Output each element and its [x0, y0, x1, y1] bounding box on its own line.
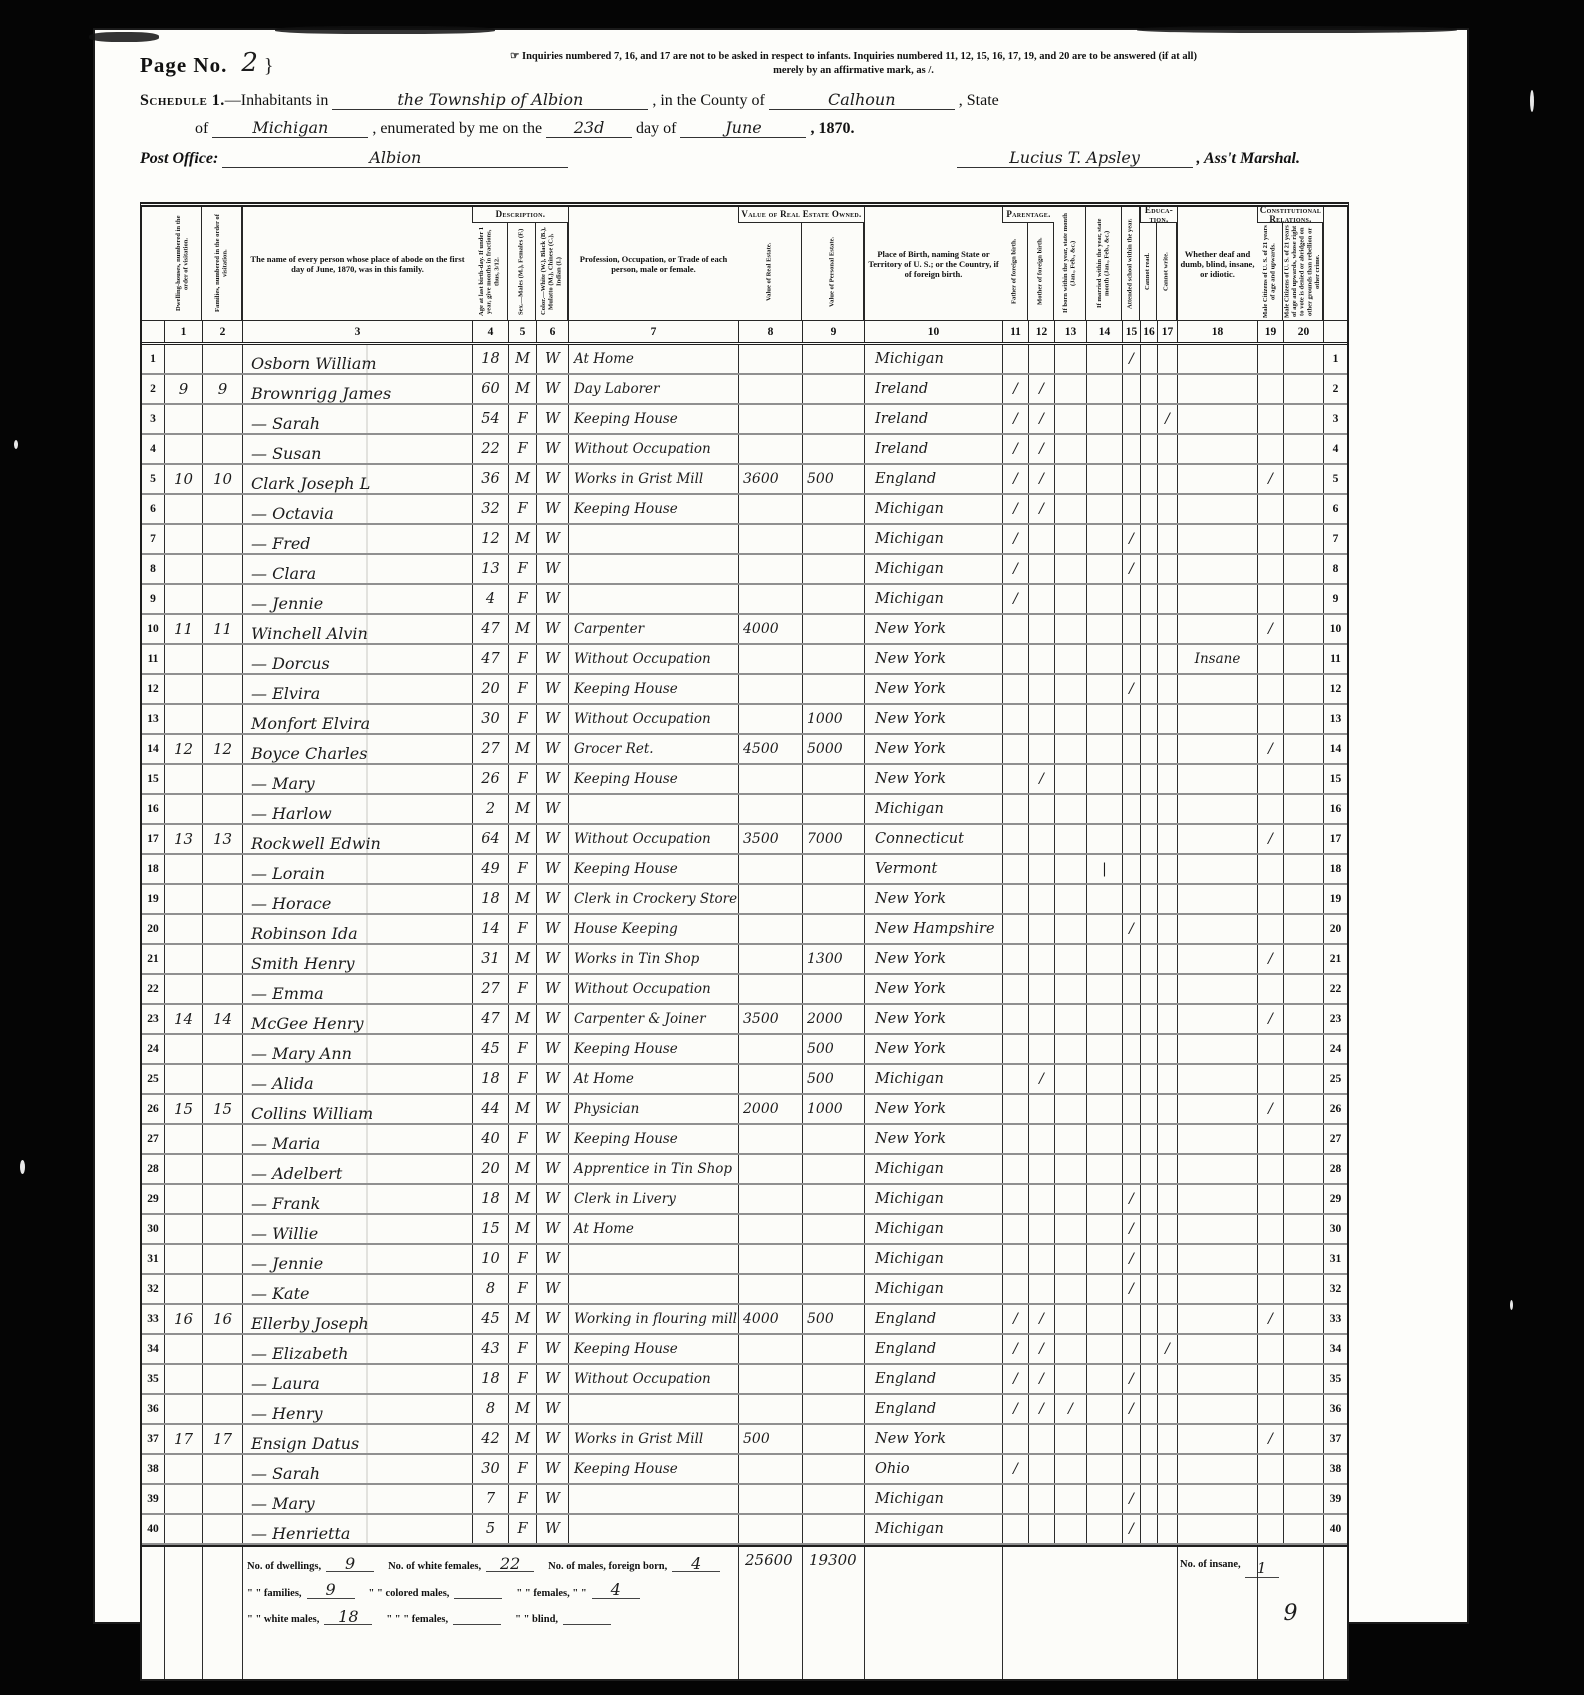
family-number	[202, 495, 242, 523]
personal-estate-value: 2000	[802, 1005, 864, 1033]
born-month-mark	[1054, 1005, 1086, 1033]
birthplace-value: New York	[864, 705, 1002, 733]
real-estate-value: 3600	[738, 465, 802, 493]
mother-foreign-mark: /	[1028, 1065, 1054, 1093]
personal-estate-value	[802, 345, 864, 373]
occupation-value: Keeping House	[568, 1455, 738, 1483]
dwelling-number: 16	[164, 1305, 202, 1333]
personal-estate-value: 500	[802, 1065, 864, 1093]
tally-females-foreign: " " females, " " 4	[516, 1583, 639, 1598]
deaf-dumb-remark	[1177, 1065, 1257, 1093]
personal-estate-value: 1000	[802, 705, 864, 733]
family-number	[202, 915, 242, 943]
line-number-right: 39	[1323, 1485, 1347, 1513]
color-value: W	[536, 495, 568, 523]
mother-foreign-mark: /	[1028, 495, 1054, 523]
table-row: 29 — Frank 18 M W Clerk in Livery Michig…	[142, 1185, 1347, 1215]
family-number	[202, 705, 242, 733]
dwelling-number: 12	[164, 735, 202, 763]
cannot-write-mark	[1157, 1275, 1177, 1303]
deaf-dumb-remark	[1177, 1275, 1257, 1303]
deaf-dumb-remark	[1177, 345, 1257, 373]
male-citizen-mark	[1257, 915, 1283, 943]
born-month-mark	[1054, 1365, 1086, 1393]
line-number-left: 21	[142, 945, 164, 973]
attended-school-mark	[1122, 1155, 1140, 1183]
line-number-left: 1	[142, 345, 164, 373]
cannot-write-mark	[1157, 345, 1177, 373]
line-number-right: 27	[1323, 1125, 1347, 1153]
father-foreign-mark	[1002, 615, 1028, 643]
personal-estate-value	[802, 375, 864, 403]
dwelling-number	[164, 885, 202, 913]
birthplace-value: Michigan	[864, 345, 1002, 373]
line-number-left: 19	[142, 885, 164, 913]
color-value: W	[536, 705, 568, 733]
table-row: 38 — Sarah 30 F W Keeping House Ohio /	[142, 1455, 1347, 1485]
born-month-mark	[1054, 1275, 1086, 1303]
real-estate-value	[738, 1515, 802, 1543]
age-value: 18	[472, 1185, 508, 1213]
table-row: 17 13 13 Rockwell Edwin 64 M W Without O…	[142, 825, 1347, 855]
birthplace-value: Ohio	[864, 1455, 1002, 1483]
mother-foreign-mark	[1028, 1125, 1054, 1153]
mother-foreign-mark	[1028, 1185, 1054, 1213]
birthplace-value: Michigan	[864, 495, 1002, 523]
tally-value	[563, 1624, 611, 1625]
cannot-read-mark	[1140, 1335, 1157, 1363]
tally-line-2: " " families, 9 " " colored males, " " f…	[247, 1583, 738, 1598]
color-value: W	[536, 1515, 568, 1543]
citizen-denied-mark	[1283, 1335, 1323, 1363]
occupation-value: Works in Tin Shop	[568, 945, 738, 973]
birthplace-value: Michigan	[864, 1485, 1002, 1513]
cannot-read-mark	[1140, 465, 1157, 493]
married-month-mark	[1086, 1215, 1122, 1243]
sex-value: F	[508, 405, 536, 433]
attended-school-mark	[1122, 765, 1140, 793]
attended-school-mark	[1122, 855, 1140, 883]
real-estate-value	[738, 885, 802, 913]
family-number	[202, 1215, 242, 1243]
married-month-mark	[1086, 1095, 1122, 1123]
born-month-mark	[1054, 1065, 1086, 1093]
col-number: 20	[1283, 320, 1323, 342]
age-value: 14	[472, 915, 508, 943]
color-value: W	[536, 1065, 568, 1093]
born-month-mark	[1054, 1095, 1086, 1123]
table-row: 32 — Kate 8 F W Michigan /	[142, 1275, 1347, 1305]
occupation-value: Without Occupation	[568, 645, 738, 673]
personal-estate-value: 1300	[802, 945, 864, 973]
father-foreign-mark	[1002, 645, 1028, 673]
cannot-read-mark	[1140, 1215, 1157, 1243]
table-row: 25 — Alida 18 F W At Home 500 Michigan /	[142, 1065, 1347, 1095]
dwelling-number: 11	[164, 615, 202, 643]
married-month-mark	[1086, 915, 1122, 943]
family-number: 13	[202, 825, 242, 853]
age-value: 5	[472, 1515, 508, 1543]
citizen-denied-mark	[1283, 1515, 1323, 1543]
person-name: — Jennie	[242, 1245, 472, 1273]
dwelling-number	[164, 345, 202, 373]
cannot-write-mark	[1157, 705, 1177, 733]
cannot-write-mark	[1157, 825, 1177, 853]
cannot-write-mark	[1157, 1485, 1177, 1513]
dwelling-number	[164, 1185, 202, 1213]
birthplace-value: New York	[864, 975, 1002, 1003]
col-header-color: Color.—White (W.), Black (B.), Mulatto (…	[536, 223, 568, 320]
father-foreign-mark	[1002, 705, 1028, 733]
occupation-value: Works in Grist Mill	[568, 1425, 738, 1453]
family-number	[202, 1275, 242, 1303]
line-number-right: 4	[1323, 435, 1347, 463]
birthplace-value: New York	[864, 1095, 1002, 1123]
line-number-right: 23	[1323, 1005, 1347, 1033]
married-month-mark	[1086, 1125, 1122, 1153]
real-estate-value: 2000	[738, 1095, 802, 1123]
deaf-dumb-remark	[1177, 1125, 1257, 1153]
table-row: 22 — Emma 27 F W Without Occupation New …	[142, 975, 1347, 1005]
cannot-read-mark	[1140, 1155, 1157, 1183]
deaf-dumb-remark	[1177, 795, 1257, 823]
line-number-left: 8	[142, 555, 164, 583]
occupation-value: Without Occupation	[568, 705, 738, 733]
person-name: — Emma	[242, 975, 472, 1003]
citizen-denied-mark	[1283, 1215, 1323, 1243]
line-number-right: 15	[1323, 765, 1347, 793]
family-number	[202, 1515, 242, 1543]
age-value: 18	[472, 1065, 508, 1093]
attended-school-mark	[1122, 1005, 1140, 1033]
occupation-value: Works in Grist Mill	[568, 465, 738, 493]
line-number-left: 36	[142, 1395, 164, 1423]
person-name: — Henrietta	[242, 1515, 472, 1543]
marshal-signature: Lucius T. Apsley	[957, 150, 1193, 168]
age-value: 18	[472, 1365, 508, 1393]
age-value: 2	[472, 795, 508, 823]
birthplace-value: Michigan	[864, 795, 1002, 823]
personal-estate-value	[802, 1485, 864, 1513]
mother-foreign-mark	[1028, 1455, 1054, 1483]
personal-estate-value	[802, 405, 864, 433]
age-value: 22	[472, 435, 508, 463]
citizen-denied-mark	[1283, 1245, 1323, 1273]
male-citizen-mark	[1257, 1515, 1283, 1543]
personal-estate-value	[802, 1185, 864, 1213]
age-value: 30	[472, 705, 508, 733]
born-month-mark	[1054, 1035, 1086, 1063]
color-value: W	[536, 1215, 568, 1243]
sex-value: F	[508, 1485, 536, 1513]
person-name: — Fred	[242, 525, 472, 553]
birthplace-value: Michigan	[864, 1155, 1002, 1183]
personal-estate-value	[802, 795, 864, 823]
age-value: 42	[472, 1425, 508, 1453]
cannot-read-mark	[1140, 1305, 1157, 1333]
color-value: W	[536, 645, 568, 673]
deaf-dumb-remark	[1177, 675, 1257, 703]
sex-value: M	[508, 1395, 536, 1423]
male-citizen-mark	[1257, 1215, 1283, 1243]
occupation-value: Keeping House	[568, 1035, 738, 1063]
father-foreign-mark	[1002, 735, 1028, 763]
brace-glyph: }	[264, 55, 274, 78]
page-number-value: 2	[241, 48, 258, 78]
dwelling-number	[164, 435, 202, 463]
cannot-read-mark	[1140, 1125, 1157, 1153]
county-field: Calhoun	[769, 92, 955, 110]
table-row: 8 — Clara 13 F W Michigan / /	[142, 555, 1347, 585]
cannot-write-mark	[1157, 735, 1177, 763]
age-value: 8	[472, 1275, 508, 1303]
occupation-value: House Keeping	[568, 915, 738, 943]
father-foreign-mark	[1002, 1095, 1028, 1123]
line-number-left: 11	[142, 645, 164, 673]
male-citizen-mark	[1257, 1065, 1283, 1093]
mother-foreign-mark	[1028, 1155, 1054, 1183]
born-month-mark	[1054, 1455, 1086, 1483]
deaf-dumb-remark	[1177, 465, 1257, 493]
attended-school-mark	[1122, 1455, 1140, 1483]
real-estate-value	[738, 645, 802, 673]
attended-school-mark: /	[1122, 555, 1140, 583]
tally-white-females: No. of white females, 22	[388, 1557, 534, 1572]
cannot-read-mark	[1140, 855, 1157, 883]
col-number: 12	[1028, 320, 1054, 342]
line-number-right: 25	[1323, 1065, 1347, 1093]
dwelling-number	[164, 765, 202, 793]
father-foreign-mark: /	[1002, 1305, 1028, 1333]
age-value: 47	[472, 615, 508, 643]
married-month-mark	[1086, 465, 1122, 493]
real-estate-value	[738, 495, 802, 523]
father-foreign-mark	[1002, 915, 1028, 943]
sex-value: M	[508, 1305, 536, 1333]
person-name: — Kate	[242, 1275, 472, 1303]
father-foreign-mark	[1002, 1245, 1028, 1273]
line-number-left: 16	[142, 795, 164, 823]
dwelling-number	[164, 1485, 202, 1513]
attended-school-mark	[1122, 1125, 1140, 1153]
dwelling-number	[164, 1515, 202, 1543]
col-number: 14	[1086, 320, 1122, 342]
born-month-mark	[1054, 435, 1086, 463]
citizen-denied-mark	[1283, 1185, 1323, 1213]
deaf-dumb-remark	[1177, 975, 1257, 1003]
citizen-denied-mark	[1283, 585, 1323, 613]
occupation-value: Without Occupation	[568, 825, 738, 853]
color-value: W	[536, 1185, 568, 1213]
father-foreign-mark: /	[1002, 375, 1028, 403]
cannot-write-mark	[1157, 1065, 1177, 1093]
occupation-value: Clerk in Crockery Store	[568, 885, 738, 913]
father-foreign-mark	[1002, 675, 1028, 703]
family-number	[202, 945, 242, 973]
cannot-write-mark	[1157, 915, 1177, 943]
dwelling-number	[164, 705, 202, 733]
color-value: W	[536, 375, 568, 403]
line-number-left: 10	[142, 615, 164, 643]
cannot-write-mark	[1157, 1515, 1177, 1543]
birthplace-value: Michigan	[864, 585, 1002, 613]
attended-school-mark	[1122, 1035, 1140, 1063]
cannot-read-mark	[1140, 735, 1157, 763]
birthplace-value: Michigan	[864, 1245, 1002, 1273]
color-value: W	[536, 1485, 568, 1513]
married-month-mark	[1086, 585, 1122, 613]
line-number-left: 15	[142, 765, 164, 793]
mother-foreign-mark: /	[1028, 375, 1054, 403]
line-number-right: 22	[1323, 975, 1347, 1003]
instructions: ☞ Inquiries numbered 7, 16, and 17 are n…	[363, 50, 1343, 78]
person-name: Rockwell Edwin	[242, 825, 472, 853]
born-month-mark	[1054, 975, 1086, 1003]
father-foreign-mark: /	[1002, 495, 1028, 523]
scan-smudge	[1137, 26, 1457, 33]
father-foreign-mark: /	[1002, 1335, 1028, 1363]
deaf-dumb-remark	[1177, 555, 1257, 583]
attended-school-mark: /	[1122, 1245, 1140, 1273]
deaf-dumb-remark	[1177, 735, 1257, 763]
col-header-married-month: If married within the year, state month …	[1086, 207, 1122, 320]
cannot-read-mark	[1140, 555, 1157, 583]
line-number-right: 6	[1323, 495, 1347, 523]
birthplace-value: New York	[864, 945, 1002, 973]
family-number: 12	[202, 735, 242, 763]
footer-spacer	[164, 1547, 202, 1679]
occupation-value: At Home	[568, 1065, 738, 1093]
mother-foreign-mark	[1028, 855, 1054, 883]
color-value: W	[536, 1425, 568, 1453]
male-citizen-mark: /	[1257, 615, 1283, 643]
male-citizen-mark	[1257, 1155, 1283, 1183]
attended-school-mark	[1122, 945, 1140, 973]
mother-foreign-mark	[1028, 1215, 1054, 1243]
birthplace-value: Michigan	[864, 1065, 1002, 1093]
family-number: 9	[202, 375, 242, 403]
sex-value: F	[508, 1245, 536, 1273]
occupation-value	[568, 1275, 738, 1303]
occupation-value	[568, 1515, 738, 1543]
col-number: 16	[1140, 320, 1157, 342]
attended-school-mark: /	[1122, 1275, 1140, 1303]
mother-foreign-mark	[1028, 675, 1054, 703]
born-month-mark	[1054, 765, 1086, 793]
real-estate-value	[738, 855, 802, 883]
cannot-read-mark	[1140, 765, 1157, 793]
color-value: W	[536, 555, 568, 583]
father-foreign-mark: /	[1002, 525, 1028, 553]
cannot-read-mark	[1140, 435, 1157, 463]
married-month-mark	[1086, 975, 1122, 1003]
married-month-mark	[1086, 1515, 1122, 1543]
male-citizen-mark: /	[1257, 1425, 1283, 1453]
cannot-write-mark	[1157, 1365, 1177, 1393]
cannot-read-mark	[1140, 675, 1157, 703]
father-foreign-mark: /	[1002, 1455, 1028, 1483]
line-number-right: 11	[1323, 645, 1347, 673]
cannot-write-mark	[1157, 765, 1177, 793]
born-month-mark	[1054, 465, 1086, 493]
cannot-write-mark	[1157, 435, 1177, 463]
male-citizen-mark	[1257, 885, 1283, 913]
cannot-write-mark	[1157, 945, 1177, 973]
deaf-dumb-remark	[1177, 1515, 1257, 1543]
father-foreign-mark	[1002, 1275, 1028, 1303]
married-month-mark	[1086, 1035, 1122, 1063]
born-month-mark	[1054, 675, 1086, 703]
margin-tally-value: 9	[1257, 1547, 1323, 1679]
year-label: , 1870.	[810, 120, 854, 137]
male-citizen-mark	[1257, 705, 1283, 733]
deaf-dumb-remark	[1177, 945, 1257, 973]
dwelling-number	[164, 1125, 202, 1153]
attended-school-mark: /	[1122, 675, 1140, 703]
person-name: — Jennie	[242, 585, 472, 613]
col-header-personal-estate: Value of Personal Estate.	[802, 223, 864, 320]
mother-foreign-mark	[1028, 975, 1054, 1003]
sex-value: F	[508, 585, 536, 613]
married-month-mark	[1086, 735, 1122, 763]
family-number: 15	[202, 1095, 242, 1123]
born-month-mark	[1054, 1335, 1086, 1363]
mother-foreign-mark	[1028, 555, 1054, 583]
real-estate-total: 25600	[738, 1547, 802, 1679]
citizen-denied-mark	[1283, 735, 1323, 763]
line-number-right: 34	[1323, 1335, 1347, 1363]
real-estate-value	[738, 1155, 802, 1183]
sex-value: F	[508, 765, 536, 793]
cannot-read-mark	[1140, 1515, 1157, 1543]
mother-foreign-mark	[1028, 1515, 1054, 1543]
deaf-dumb-remark	[1177, 1035, 1257, 1063]
cannot-read-mark	[1140, 525, 1157, 553]
family-number	[202, 585, 242, 613]
cannot-write-mark	[1157, 1455, 1177, 1483]
personal-estate-value	[802, 495, 864, 523]
married-month-mark	[1086, 1485, 1122, 1513]
male-citizen-mark: /	[1257, 735, 1283, 763]
occupation-value: Keeping House	[568, 855, 738, 883]
real-estate-value	[738, 1395, 802, 1423]
age-value: 20	[472, 1155, 508, 1183]
family-number	[202, 765, 242, 793]
dwelling-number	[164, 1065, 202, 1093]
personal-estate-value: 500	[802, 1305, 864, 1333]
personal-estate-value	[802, 1395, 864, 1423]
citizen-denied-mark	[1283, 885, 1323, 913]
mother-foreign-mark	[1028, 1245, 1054, 1273]
married-month-mark	[1086, 825, 1122, 853]
table-footer: No. of dwellings, 9 No. of white females…	[142, 1545, 1347, 1679]
citizen-denied-mark	[1283, 675, 1323, 703]
line-number-left: 17	[142, 825, 164, 853]
table-row: 12 — Elvira 20 F W Keeping House New Yor…	[142, 675, 1347, 705]
line-number-right: 28	[1323, 1155, 1347, 1183]
line-number-right: 9	[1323, 585, 1347, 613]
age-value: 15	[472, 1215, 508, 1243]
state-field: Michigan	[212, 120, 368, 138]
married-month-mark	[1086, 435, 1122, 463]
citizen-denied-mark	[1283, 1095, 1323, 1123]
col-header-families: Families, numbered in the order of visit…	[202, 207, 242, 320]
line-number-left: 6	[142, 495, 164, 523]
attended-school-mark: /	[1122, 1395, 1140, 1423]
age-value: 18	[472, 345, 508, 373]
table-row: 10 11 11 Winchell Alvin 47 M W Carpenter…	[142, 615, 1347, 645]
color-value: W	[536, 585, 568, 613]
